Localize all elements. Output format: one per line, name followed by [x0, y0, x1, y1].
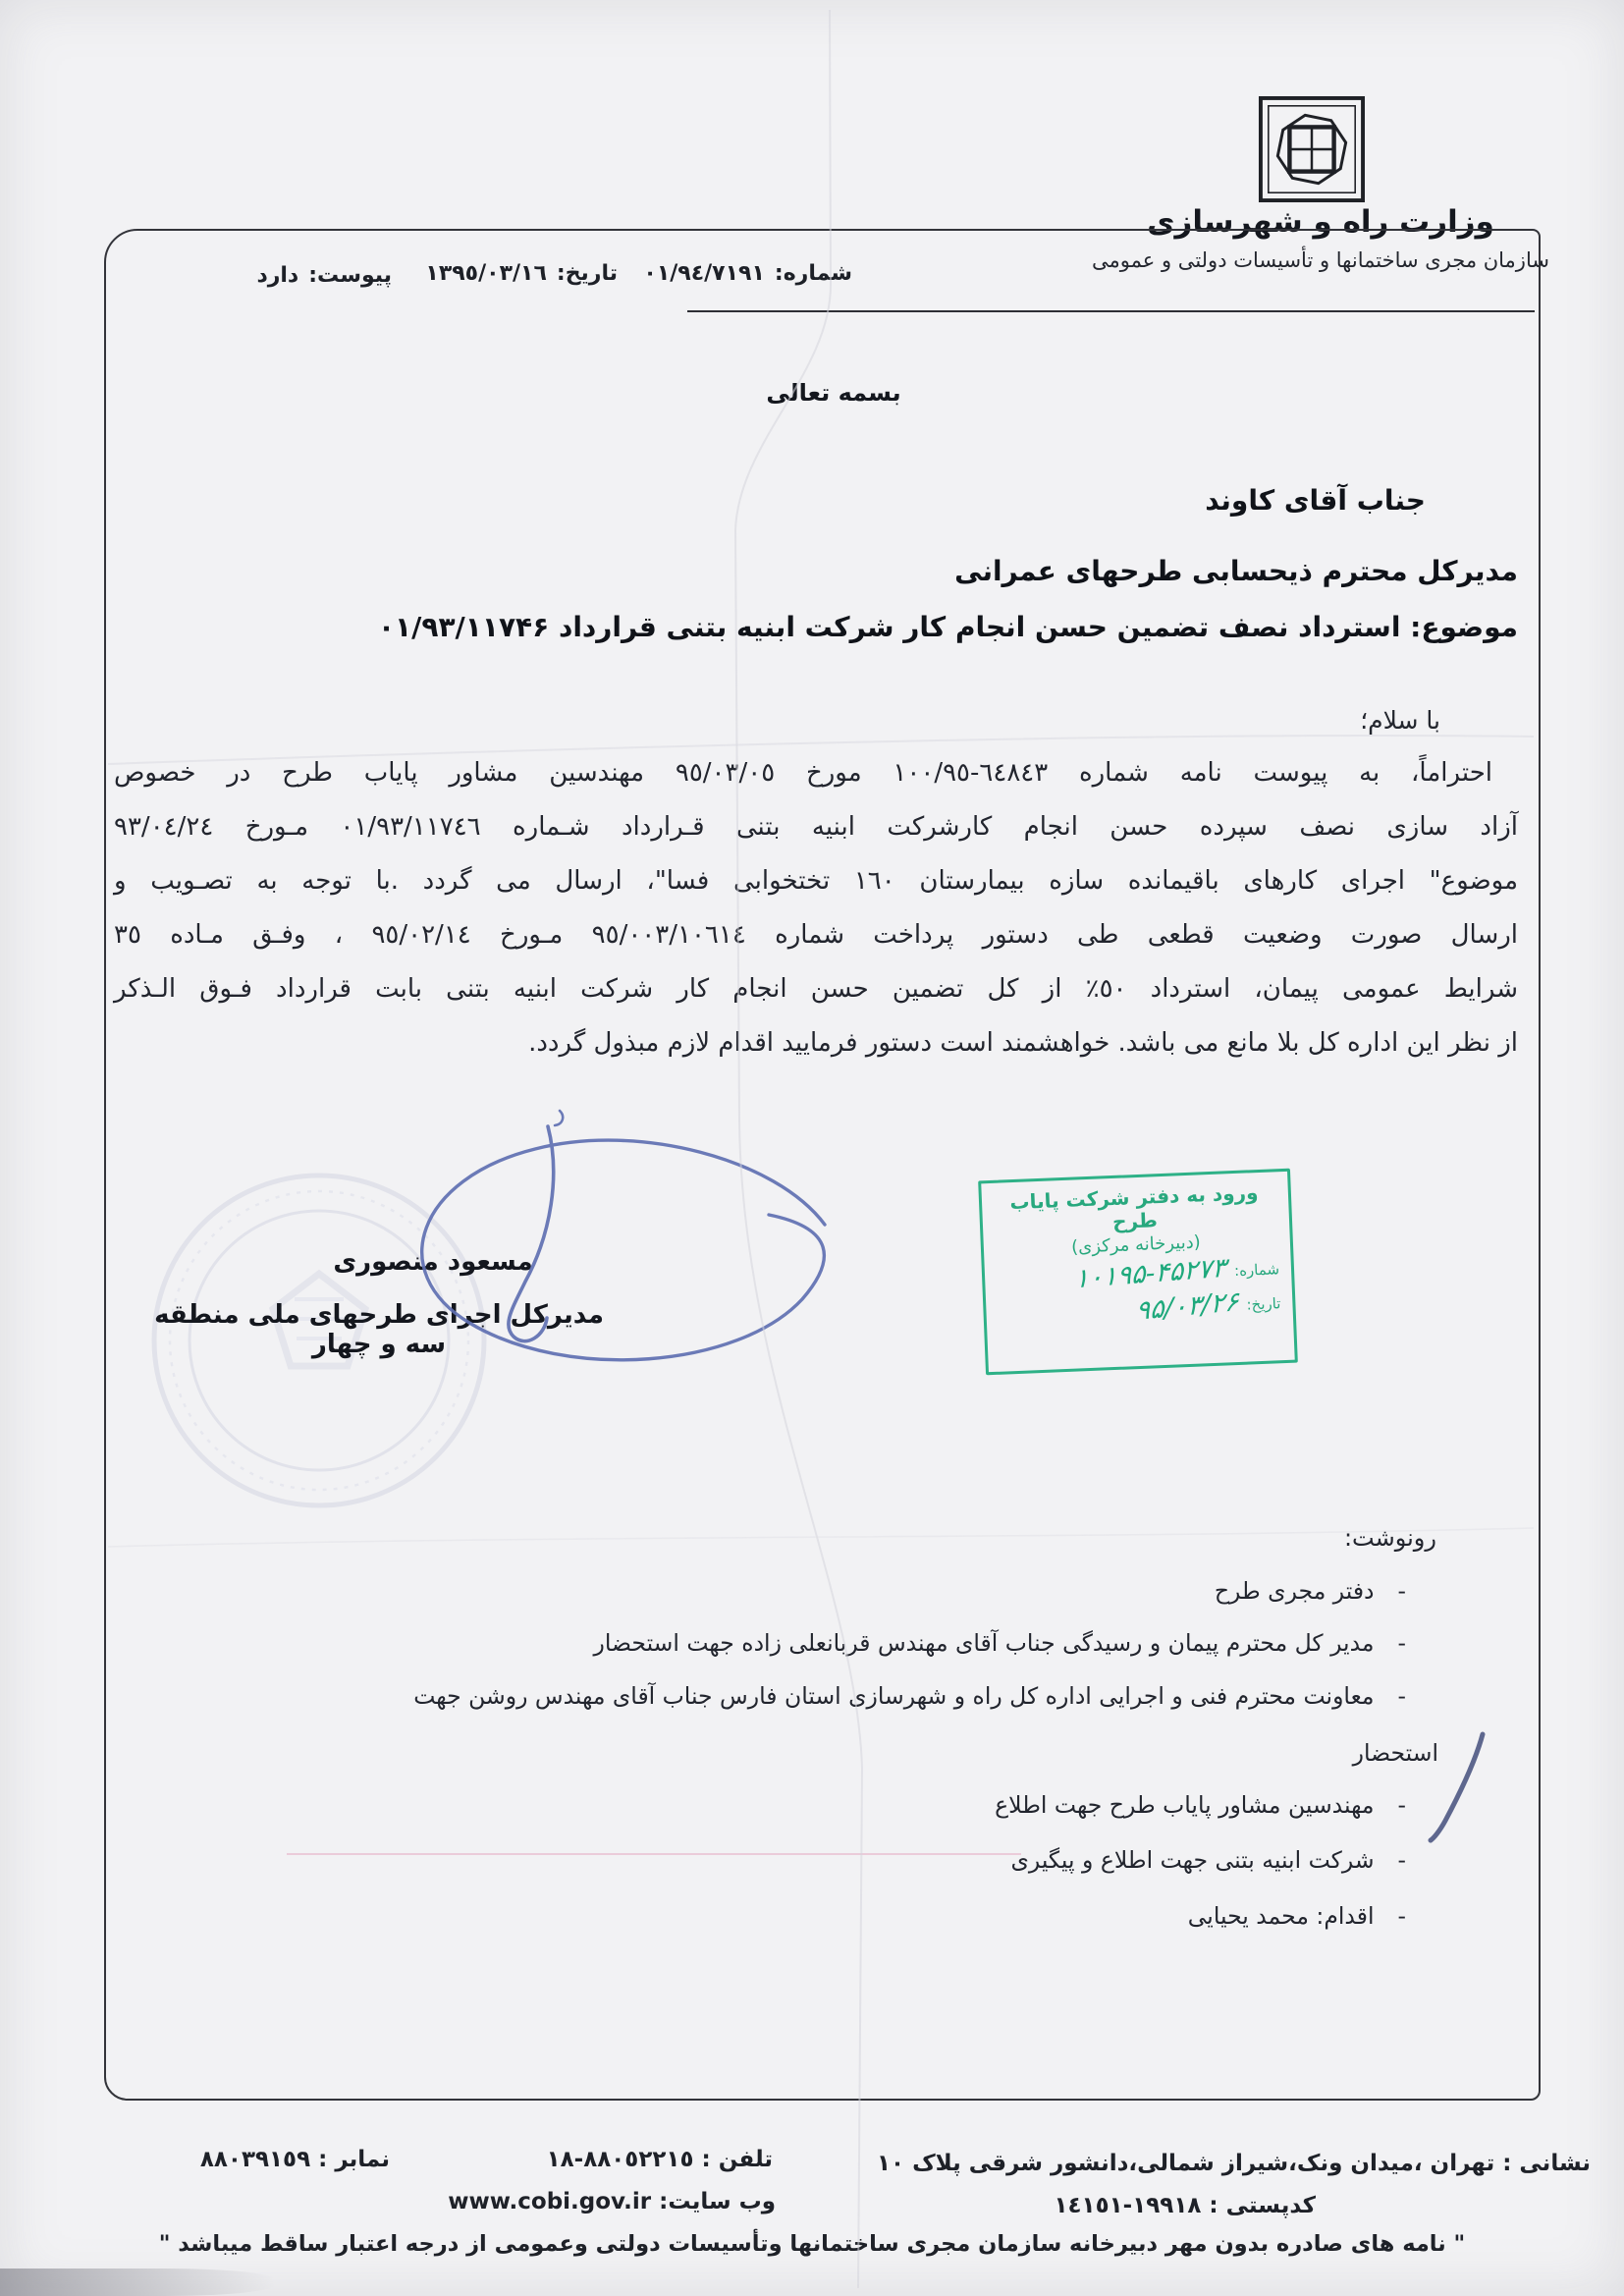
scan-shadow-smudge — [0, 2269, 275, 2296]
scanned-letter-page: وزارت راه و شهرسازی سازمان مجری ساختمانه… — [0, 0, 1624, 2296]
paper-crease-lines — [0, 0, 1624, 2296]
